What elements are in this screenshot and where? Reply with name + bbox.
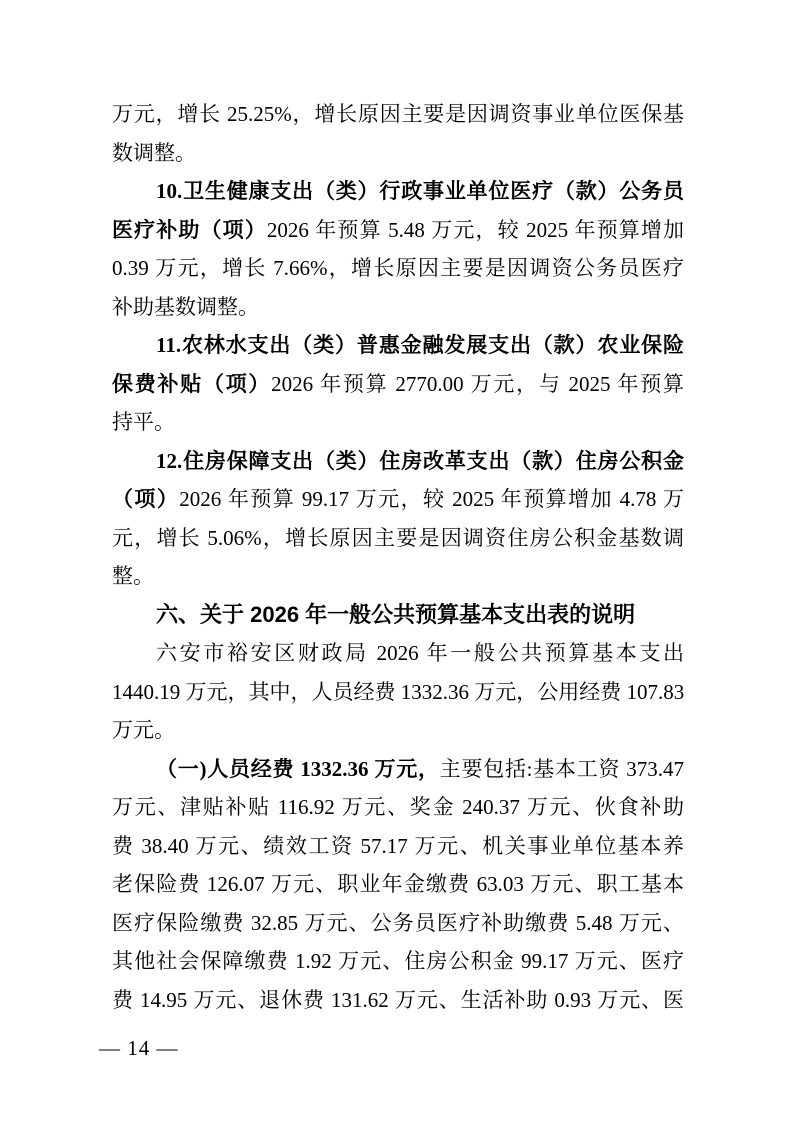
text-segment: 万元、津贴补贴 116.92 万元、奖金 240.37 万元、伙食补助 xyxy=(112,795,684,819)
text-segment: 六安市裕安区财政局 2026 年一般公共预算基本支出 xyxy=(156,641,684,665)
text-segment: 2026 年预算 2770.00 万元，与 2025 年预算 xyxy=(271,372,684,396)
document-body: 万元，增长 25.25%，增长原因主要是因调资事业单位医保基数调整。10.卫生健… xyxy=(112,95,684,1019)
text-segment: 2026 年预算 5.48 万元，较 2025 年预算增加 xyxy=(267,218,684,242)
text-line: 万元，增长 25.25%，增长原因主要是因调资事业单位医保基 xyxy=(112,95,684,134)
text-segment: 费 38.40 万元、绩效工资 57.17 万元、机关事业单位基本养 xyxy=(112,834,684,858)
page-number: — 14 — xyxy=(99,1036,179,1060)
text-line: 费 14.95 万元、退休费 131.62 万元、生活补助 0.93 万元、医 xyxy=(112,981,684,1020)
text-line: 医疗补助（项）2026 年预算 5.48 万元，较 2025 年预算增加 xyxy=(112,211,684,250)
text-segment: 数调整。 xyxy=(112,141,196,165)
text-segment: 万元。 xyxy=(112,718,175,742)
text-segment: 元，增长 5.06%，增长原因主要是因调资住房公积金基数调 xyxy=(112,526,684,550)
text-segment: 11.农林水支出（类）普惠金融发展支出（款）农业保险 xyxy=(156,333,684,357)
text-line: （一)人员经费 1332.36 万元，主要包括:基本工资 373.47 xyxy=(112,750,684,789)
text-segment: 医疗保险缴费 32.85 万元、公务员医疗补助缴费 5.48 万元、 xyxy=(112,911,684,935)
text-line: 11.农林水支出（类）普惠金融发展支出（款）农业保险 xyxy=(112,326,684,365)
text-segment: 主要包括:基本工资 373.47 xyxy=(440,757,684,781)
text-segment: 六、关于 2026 年一般公共预算基本支出表的说明 xyxy=(156,602,635,627)
text-segment: 持平。 xyxy=(112,410,175,434)
text-line: 12.住房保障支出（类）住房改革支出（款）住房公积金 xyxy=(112,442,684,481)
text-line: 万元、津贴补贴 116.92 万元、奖金 240.37 万元、伙食补助 xyxy=(112,788,684,827)
text-line: 数调整。 xyxy=(112,134,684,173)
text-line: 1440.19 万元，其中，人员经费 1332.36 万元，公用经费 107.8… xyxy=(112,673,684,712)
text-line: 补助基数调整。 xyxy=(112,288,684,327)
text-segment: 2026 年预算 99.17 万元，较 2025 年预算增加 4.78 万 xyxy=(179,487,684,511)
text-line: 0.39 万元，增长 7.66%，增长原因主要是因调资公务员医疗 xyxy=(112,249,684,288)
text-segment: 10.卫生健康支出（类）行政事业单位医疗（款）公务员 xyxy=(156,179,684,203)
text-segment: 其他社会保障缴费 1.92 万元、住房公积金 99.17 万元、医疗 xyxy=(112,949,684,973)
text-line: 保费补贴（项）2026 年预算 2770.00 万元，与 2025 年预算 xyxy=(112,365,684,404)
text-segment: 老保险费 126.07 万元、职业年金缴费 63.03 万元、职工基本 xyxy=(112,872,684,896)
text-line: 医疗保险缴费 32.85 万元、公务员医疗补助缴费 5.48 万元、 xyxy=(112,904,684,943)
text-segment: 12.住房保障支出（类）住房改革支出（款）住房公积金 xyxy=(156,449,684,473)
text-line: 六、关于 2026 年一般公共预算基本支出表的说明 xyxy=(112,596,684,635)
text-line: 其他社会保障缴费 1.92 万元、住房公积金 99.17 万元、医疗 xyxy=(112,942,684,981)
text-segment: 万元，增长 25.25%，增长原因主要是因调资事业单位医保基 xyxy=(112,102,684,126)
text-line: 整。 xyxy=(112,557,684,596)
text-segment: 1440.19 万元，其中，人员经费 1332.36 万元，公用经费 107.8… xyxy=(112,680,684,704)
text-segment: （项） xyxy=(112,487,179,511)
text-segment: 医疗补助（项） xyxy=(112,218,267,242)
text-line: 元，增长 5.06%，增长原因主要是因调资住房公积金基数调 xyxy=(112,519,684,558)
text-line: 老保险费 126.07 万元、职业年金缴费 63.03 万元、职工基本 xyxy=(112,865,684,904)
text-segment: 费 14.95 万元、退休费 131.62 万元、生活补助 0.93 万元、医 xyxy=(112,988,684,1012)
document-page: 万元，增长 25.25%，增长原因主要是因调资事业单位医保基数调整。10.卫生健… xyxy=(0,0,793,1122)
text-line: 万元。 xyxy=(112,711,684,750)
text-segment: 保费补贴（项） xyxy=(112,372,271,396)
text-line: 持平。 xyxy=(112,403,684,442)
text-line: 费 38.40 万元、绩效工资 57.17 万元、机关事业单位基本养 xyxy=(112,827,684,866)
text-line: 六安市裕安区财政局 2026 年一般公共预算基本支出 xyxy=(112,634,684,673)
text-segment: 0.39 万元，增长 7.66%，增长原因主要是因调资公务员医疗 xyxy=(112,256,684,280)
text-segment: 补助基数调整。 xyxy=(112,295,259,319)
text-segment: 整。 xyxy=(112,564,154,588)
text-segment: （一)人员经费 1332.36 万元， xyxy=(156,757,440,781)
text-line: （项）2026 年预算 99.17 万元，较 2025 年预算增加 4.78 万 xyxy=(112,480,684,519)
text-line: 10.卫生健康支出（类）行政事业单位医疗（款）公务员 xyxy=(112,172,684,211)
